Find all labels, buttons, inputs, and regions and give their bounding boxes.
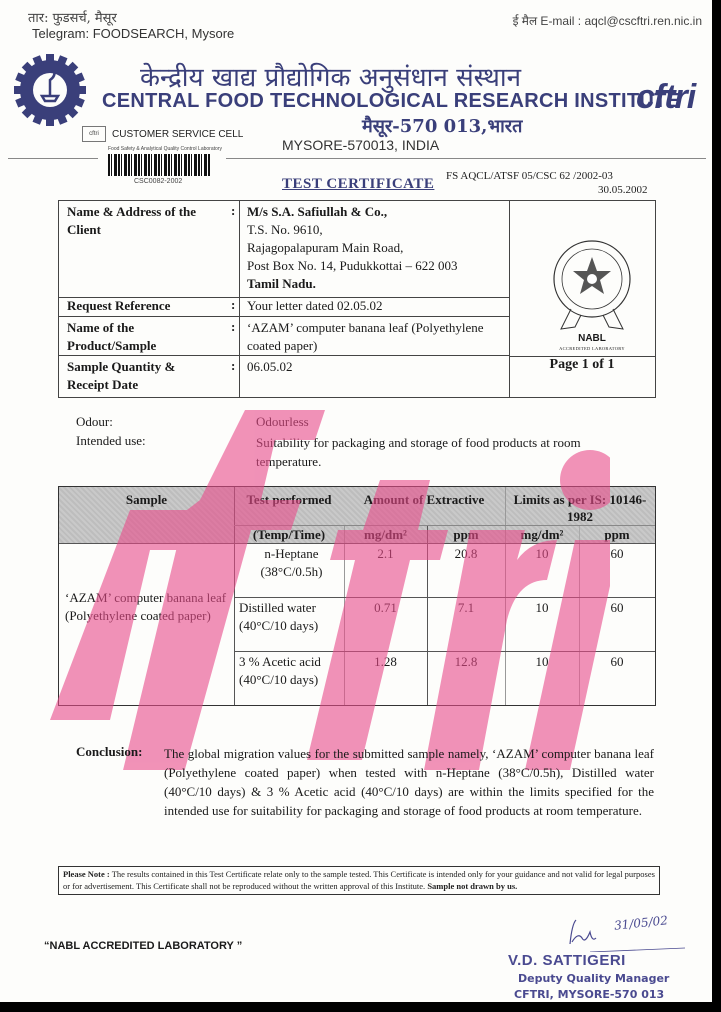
request-reference-row: Request Reference : Your letter dated 02… — [59, 297, 509, 317]
telegram-hindi: तार: फुडसर्च, मैसूर — [28, 8, 117, 26]
client-address: M/s S.A. Safiullah & Co., T.S. No. 9610,… — [247, 203, 458, 293]
product-name: ‘AZAM’ computer banana leaf (Polyethylen… — [247, 319, 497, 355]
conclusion-text: The global migration values for the subm… — [164, 744, 654, 820]
please-note: Please Note : The results contained in t… — [58, 866, 660, 895]
institute-name-hindi: केन्द्रीय खाद्य प्रौद्योगिक अनुसंधान संस… — [140, 58, 521, 94]
signatory-title: Deputy Quality Manager — [518, 972, 669, 985]
divider — [8, 158, 98, 159]
reference-number: FS AQCL/ATSF 05/CSC 62 /2002-03 — [446, 170, 613, 182]
divider — [226, 158, 706, 159]
amount-mg-cell: 2.1 — [344, 545, 427, 563]
barcode-number: CSC0082-2002 — [134, 178, 182, 185]
note-text: The results contained in this Test Certi… — [63, 869, 655, 891]
col-amount: Amount of Extractive — [349, 491, 499, 508]
test-cell: Distilled water(40°C/10 days) — [239, 599, 344, 635]
conclusion-label: Conclusion: — [76, 744, 142, 760]
institute-name: CENTRAL FOOD TECHNOLOGICAL RESEARCH INST… — [102, 90, 680, 113]
amount-mg-cell: 0.71 — [344, 599, 427, 617]
client-row: Name & Address of the Client : M/s S.A. … — [59, 201, 509, 298]
intended-use-label: Intended use: — [76, 433, 146, 449]
odour-label: Odour: — [76, 414, 113, 430]
test-cell: 3 % Acetic acid(40°C/10 days) — [239, 653, 344, 689]
sample-name: ‘AZAM’ computer banana leaf (Polyethylen… — [65, 589, 230, 625]
csc-sublabel: Food Safety & Analytical Quality Control… — [108, 146, 222, 152]
amount-ppm-cell: 7.1 — [427, 599, 505, 617]
certificate-page: तार: फुडसर्च, मैसूर Telegram: FOODSEARCH… — [0, 0, 712, 1002]
nabl-label: NABL — [549, 333, 635, 344]
limit-mg-cell: 10 — [505, 545, 579, 563]
page-number: Page 1 of 1 — [509, 357, 655, 373]
client-info-table: Name & Address of the Client : M/s S.A. … — [58, 200, 656, 398]
csir-gear-logo-icon — [12, 52, 88, 128]
limit-ppm-cell: 60 — [579, 653, 655, 671]
barcode-icon — [108, 154, 210, 176]
nabl-accreditation: “NABL ACCREDITED LABORATORY ” — [44, 940, 242, 952]
certificate-title: TEST CERTIFICATE — [282, 176, 434, 193]
limit-ppm-cell: 60 — [579, 545, 655, 563]
col-limits: Limits as per IS: 10146-1982 — [505, 491, 655, 525]
col-test: Test performed — [234, 491, 344, 508]
limit-mg-cell: 10 — [505, 653, 579, 671]
odour-value: Odourless — [256, 414, 309, 430]
test-cell: n-Heptane(38°C/0.5h) — [239, 545, 344, 581]
note-label: Please Note : — [63, 869, 110, 879]
amount-ppm-cell: 20.8 — [427, 545, 505, 563]
certificate-date: 30.05.2002 — [598, 184, 648, 196]
signatory-org: CFTRI, MYSORE-570 013 — [514, 988, 664, 1001]
intended-use-value: Suitability for packaging and storage of… — [256, 433, 646, 471]
request-reference: Your letter dated 02.05.02 — [247, 297, 383, 315]
client-label: Name & Address of the Client — [67, 203, 227, 239]
signatory-name: V.D. SATTIGERI — [508, 952, 626, 969]
amount-ppm-cell: 12.8 — [427, 653, 505, 671]
telegram: Telegram: FOODSEARCH, Mysore — [32, 26, 234, 41]
city: MYSORE-570013, INDIA — [282, 137, 439, 153]
nabl-sublabel: ACCREDITED LABORATORY — [537, 346, 647, 351]
note-tail: Sample not drawn by us. — [427, 881, 517, 891]
results-table: Sample Test performed (Temp/Time) Amount… — [58, 486, 656, 706]
limit-ppm-cell: 60 — [579, 599, 655, 617]
city-hindi: मैसूर-570 013,भारत — [362, 114, 522, 138]
col-sample: Sample — [59, 491, 234, 508]
amount-mg-cell: 1.28 — [344, 653, 427, 671]
cftri-logo-icon: cftri — [636, 78, 695, 117]
csc-label: CUSTOMER SERVICE CELL — [112, 129, 243, 140]
receipt-row: Sample Quantity & Receipt Date : 06.05.0… — [59, 356, 509, 396]
nabl-seal-icon — [537, 231, 647, 341]
csc-logo-icon: cftri — [82, 126, 106, 142]
product-row: Name of the Product/Sample : ‘AZAM’ comp… — [59, 317, 509, 356]
receipt-date: 06.05.02 — [247, 358, 293, 376]
email: ई मैल E-mail : aqcl@cscftri.ren.nic.in — [513, 12, 702, 29]
limit-mg-cell: 10 — [505, 599, 579, 617]
col-temp-time: (Temp/Time) — [234, 526, 344, 543]
